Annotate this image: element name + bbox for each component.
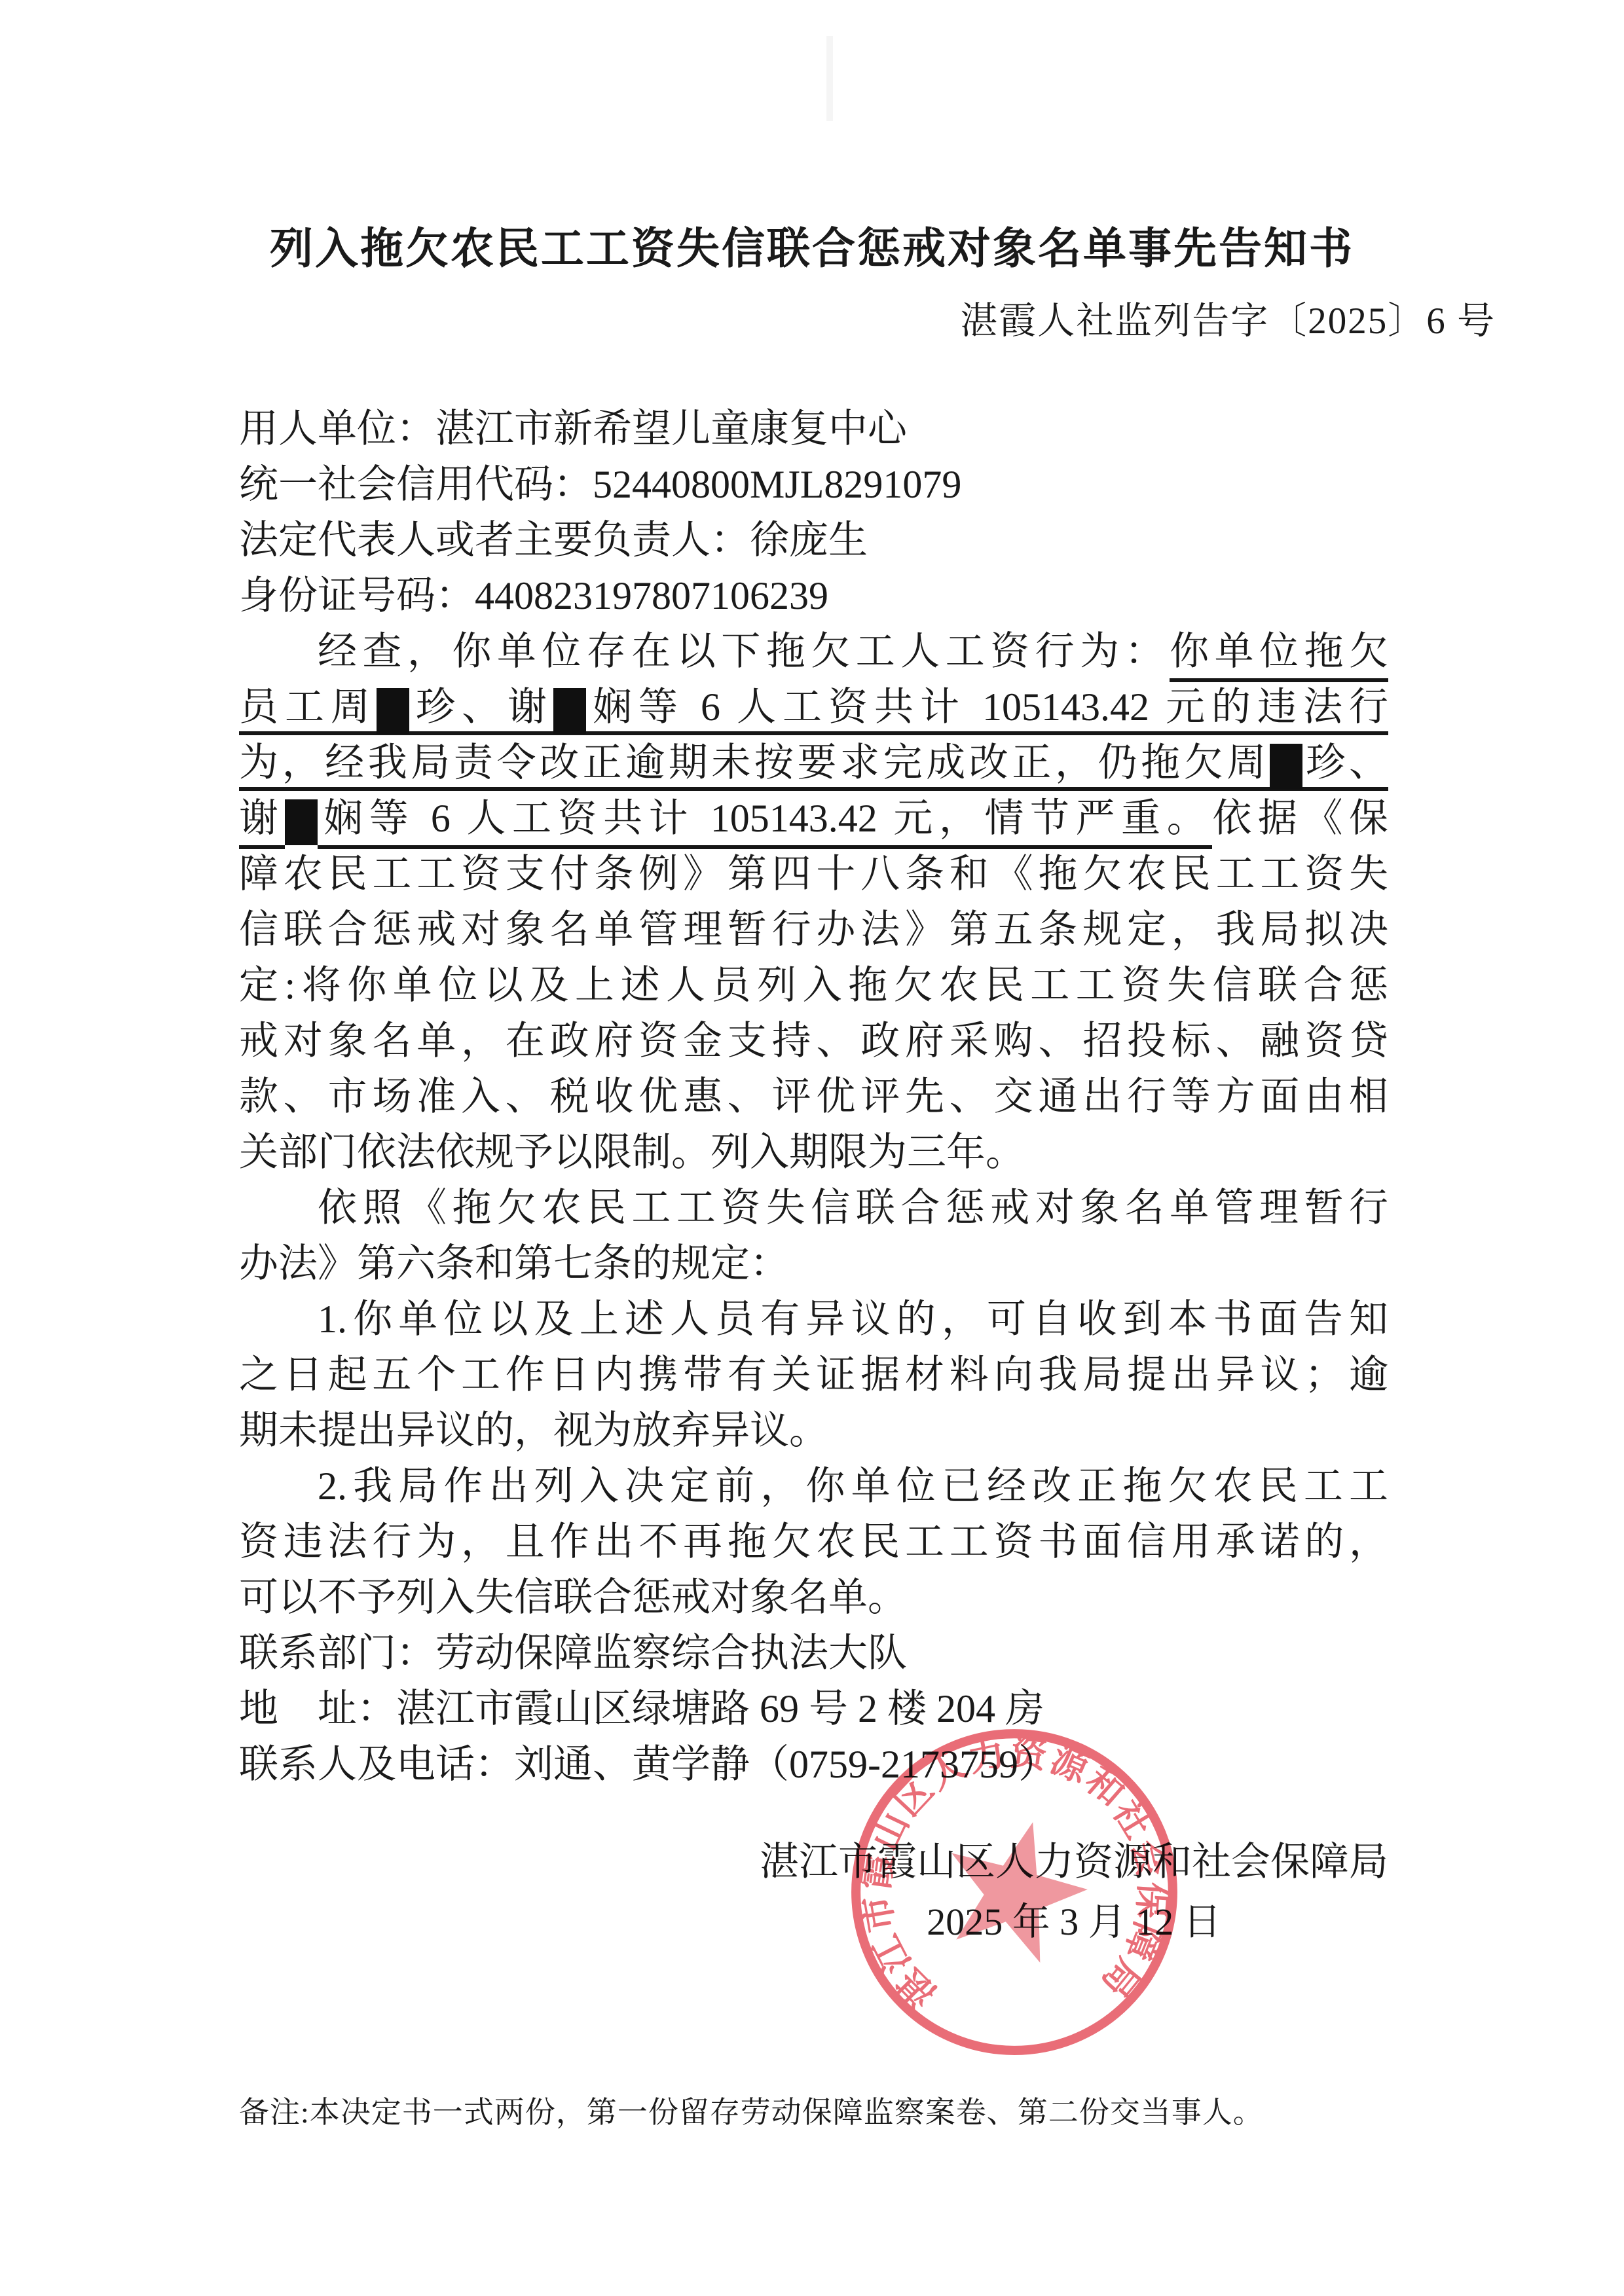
text-segment: 信联合惩戒对象名单管理暂行办法》第五条规定，我局拟决 [239,908,1388,951]
document-line: 障农民工工资支付条例》第四十八条和《拖欠农民工工资失 [239,847,1388,902]
text-segment: 为，经我局责令改正逾期未按要求完成改正，仍拖欠周 [239,741,1270,784]
text-segment: 2.我局作出列入决定前，你单位已经改正拖欠农民工工 [318,1465,1388,1508]
text-segment: 珍、谢 [409,685,553,729]
text-segment: 法定代表人或者主要负责人：徐庞生 [239,519,868,562]
document-line: 员工周珍、谢娴等 6 人工资共计 105143.42 元的违法行 [239,680,1388,735]
document-line: 定:将你单位以及上述人员列入拖欠农民工工资失信联合惩 [239,958,1388,1013]
text-segment: 1.你单位以及上述人员有异议的，可自收到本书面告知 [318,1298,1388,1341]
text-segment: 戒对象名单，在政府资金支持、政府采购、招投标、融资贷 [239,1019,1388,1063]
redaction-box [377,688,409,734]
document-line: 可以不予列入失信联合惩戒对象名单。 [239,1570,1388,1626]
document-line: 办法》第六条和第七条的规定： [239,1236,1388,1292]
redaction-box [285,799,318,845]
official-seal: 湛江市霞山区人力资源和社会保障局 [845,1722,1183,2060]
footnote: 备注:本决定书一式两份，第一份留存劳动保障监察案卷、第二份交当事人。 [239,2088,1483,2132]
text-segment: 你单位拖欠 [1170,630,1388,682]
document-line: 款、市场准入、税收优惠、评优评先、交通出行等方面由相 [239,1069,1388,1125]
text-segment: 珍、 [1302,741,1388,784]
scan-artifact [826,36,833,121]
document-line: 戒对象名单，在政府资金支持、政府采购、招投标、融资贷 [239,1013,1388,1069]
redaction-box [553,688,586,734]
document-title: 列入拖欠农民工工资失信联合惩戒对象名单事先告知书 [0,213,1624,276]
text-segment: 娴等 6 人工资共计 105143.42 元的违法行 [586,685,1388,729]
document-line: 统一社会信用代码：52440800MJL8291079 [239,457,1388,513]
text-segment: 关部门依法依规予以限制。列入期限为三年。 [239,1131,1025,1174]
document-number: 湛霞人社监列告字〔2025〕6 号 [0,291,1624,344]
document-line: 谢娴等 6 人工资共计 105143.42 元，情节严重。依据《保 [239,791,1388,847]
document-page: 列入拖欠农民工工资失信联合惩戒对象名单事先告知书 湛霞人社监列告字〔2025〕6… [0,0,1624,2296]
document-line: 联系部门：劳动保障监察综合执法大队 [239,1626,1388,1681]
text-segment: 款、市场准入、税收优惠、评优评先、交通出行等方面由相 [239,1075,1388,1118]
text-segment: 谢 [239,797,285,849]
text-segment: 身份证号码：440823197807106239 [239,574,828,617]
document-line: 2.我局作出列入决定前，你单位已经改正拖欠农民工工 [239,1459,1388,1514]
text-segment: 联系部门：劳动保障监察综合执法大队 [239,1631,907,1675]
text-segment: 定:将你单位以及上述人员列入拖欠农民工工资失信联合惩 [239,964,1388,1007]
document-line: 法定代表人或者主要负责人：徐庞生 [239,513,1388,568]
text-segment: 办法》第六条和第七条的规定： [239,1242,789,1285]
text-segment: 可以不予列入失信联合惩戒对象名单。 [239,1576,907,1619]
text-segment: 期未提出异议的，视为放弃异议。 [239,1409,828,1452]
text-segment: 娴等 6 人工资共计 105143.42 元，情节严重。 [318,797,1213,849]
text-segment: 依据《保 [1212,797,1388,840]
star-icon [951,1822,1088,1963]
text-segment: 员工周 [239,685,377,729]
document-line: 之日起五个工作日内携带有关证据材料向我局提出异议；逾 [239,1347,1388,1403]
document-line: 依照《拖欠农民工工资失信联合惩戒对象名单管理暂行 [239,1180,1388,1236]
redaction-box [1270,744,1302,790]
document-line: 为，经我局责令改正逾期未按要求完成改正，仍拖欠周珍、 [239,735,1388,791]
document-line: 关部门依法依规予以限制。列入期限为三年。 [239,1125,1388,1180]
text-segment: 资违法行为，且作出不再拖欠农民工工资书面信用承诺的， [239,1520,1388,1563]
text-segment: 用人单位：湛江市新希望儿童康复中心 [239,407,907,450]
document-line: 经查，你单位存在以下拖欠工人工资行为：你单位拖欠 [239,624,1388,680]
document-line: 资违法行为，且作出不再拖欠农民工工资书面信用承诺的， [239,1514,1388,1570]
document-body: 用人单位：湛江市新希望儿童康复中心统一社会信用代码：52440800MJL829… [239,401,1388,1793]
text-segment: 之日起五个工作日内携带有关证据材料向我局提出异议；逾 [239,1353,1388,1396]
document-line: 信联合惩戒对象名单管理暂行办法》第五条规定，我局拟决 [239,902,1388,958]
document-line: 地 址：湛江市霞山区绿塘路 69 号 2 楼 204 房 [239,1681,1388,1737]
document-line: 用人单位：湛江市新希望儿童康复中心 [239,401,1388,457]
document-line: 身份证号码：440823197807106239 [239,568,1388,624]
text-segment: 经查，你单位存在以下拖欠工人工资行为： [318,630,1170,673]
text-segment: 障农民工工资支付条例》第四十八条和《拖欠农民工工资失 [239,852,1388,896]
text-segment: 依照《拖欠农民工工资失信联合惩戒对象名单管理暂行 [318,1186,1388,1230]
text-segment: 统一社会信用代码：52440800MJL8291079 [239,463,961,506]
document-line: 1.你单位以及上述人员有异议的，可自收到本书面告知 [239,1292,1388,1347]
document-line: 期未提出异议的，视为放弃异议。 [239,1403,1388,1459]
document-line: 联系人及电话：刘通、黄学静（0759-2173759） [239,1737,1388,1793]
